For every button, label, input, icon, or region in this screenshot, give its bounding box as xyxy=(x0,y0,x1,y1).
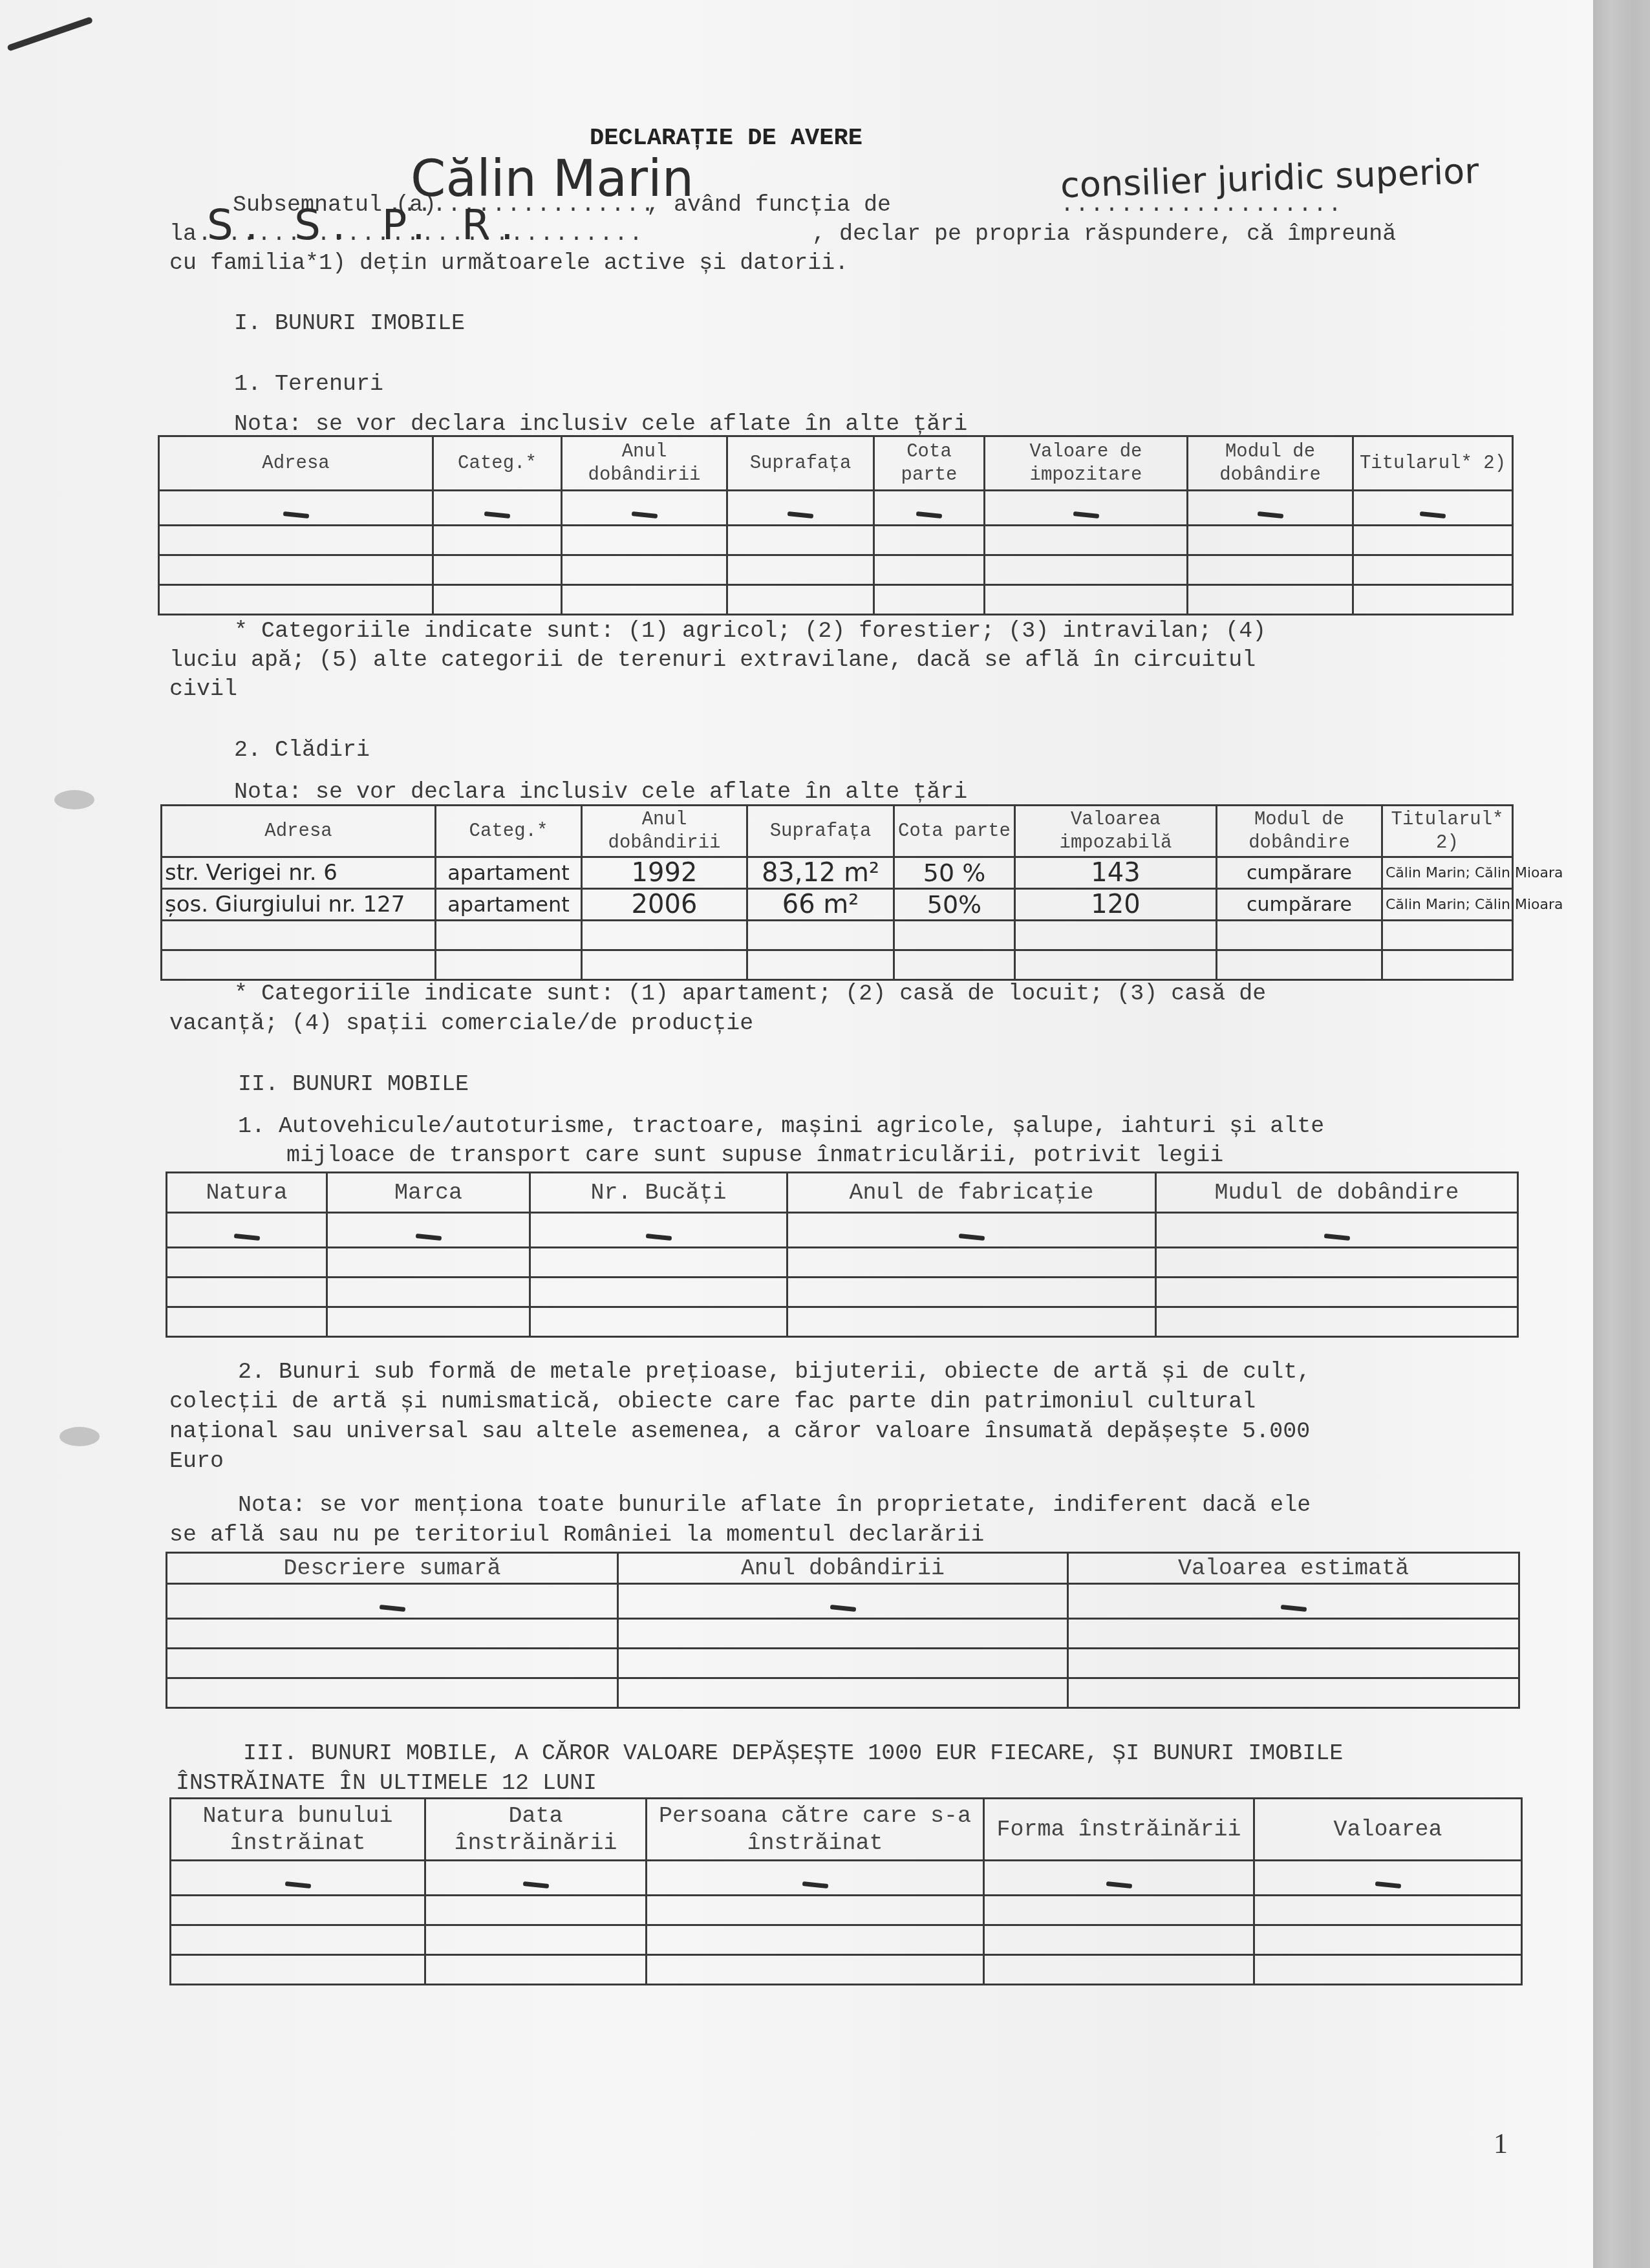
table-cell: 2006 xyxy=(582,889,747,921)
terenuri-header-row: AdresaCateg.*Anul dobândiriiSuprafațaCot… xyxy=(159,436,1513,491)
handwritten-dash xyxy=(1420,511,1446,519)
column-header: Titularul* 2) xyxy=(1353,436,1513,491)
table-cell xyxy=(984,1861,1254,1896)
column-header: Descriere sumară xyxy=(167,1553,618,1584)
table-cell xyxy=(985,526,1188,555)
handwritten-dash xyxy=(283,511,309,519)
pretioase-header-row: Descriere sumarăAnul dobândiriiValoarea … xyxy=(167,1553,1519,1584)
table-cell xyxy=(159,555,433,585)
table-cell: apartament xyxy=(436,889,582,921)
table-cell: cumpărare xyxy=(1217,857,1382,889)
instrainate-header-row: Natura bunului înstrăinatData înstrăinăr… xyxy=(171,1799,1522,1861)
table-cell xyxy=(530,1248,787,1278)
table-cell xyxy=(1382,950,1513,980)
column-header: Modul de dobândire xyxy=(1217,806,1382,857)
declar-text: , declar pe propria răspundere, că împre… xyxy=(812,220,1396,249)
table-cell xyxy=(530,1213,787,1248)
handwritten-dash xyxy=(1106,1881,1132,1888)
table-cell xyxy=(1156,1248,1518,1278)
table-row xyxy=(159,491,1513,526)
pretioase-note-1: Nota: se vor menționa toate bunurile afl… xyxy=(238,1491,1311,1520)
handwritten-dash xyxy=(1280,1605,1307,1612)
table-row xyxy=(167,1649,1519,1678)
table-cell xyxy=(162,950,436,980)
table-cell xyxy=(171,1896,425,1925)
table-cell xyxy=(727,491,874,526)
column-header: Forma înstrăinării xyxy=(984,1799,1254,1861)
table-cell xyxy=(1382,921,1513,950)
table-cell xyxy=(1254,1925,1522,1955)
table-cell xyxy=(647,1955,984,1985)
column-header: Persoana către care s-a înstrăinat xyxy=(647,1799,984,1861)
table-cell xyxy=(1353,555,1513,585)
column-header: Valoarea impozabilă xyxy=(1015,806,1217,857)
institution-name: S. S. P. R. xyxy=(207,202,525,250)
table-cell xyxy=(562,526,727,555)
table-cell xyxy=(327,1278,530,1307)
column-header: Marca xyxy=(327,1173,530,1213)
table-cell xyxy=(1217,921,1382,950)
table-cell xyxy=(1254,1955,1522,1985)
table-cell xyxy=(1188,555,1353,585)
table-row xyxy=(167,1248,1518,1278)
table-cell: 83,12 m² xyxy=(747,857,894,889)
table-cell xyxy=(787,1248,1156,1278)
table-cell: șos. Giurgiului nr. 127 xyxy=(162,889,436,921)
handwritten-dash xyxy=(522,1881,549,1888)
table-cell: Călin Marin; Călin Mioara xyxy=(1382,889,1513,921)
document-title: DECLARAȚIE DE AVERE xyxy=(590,124,862,153)
punch-hole xyxy=(59,1427,100,1446)
table-row xyxy=(162,921,1513,950)
column-header: Valoarea xyxy=(1254,1799,1522,1861)
table-cell xyxy=(327,1307,530,1337)
table-cell xyxy=(171,1955,425,1985)
column-header: Categ.* xyxy=(436,806,582,857)
table-cell xyxy=(167,1248,327,1278)
table-cell xyxy=(1188,585,1353,615)
table-cell xyxy=(1217,950,1382,980)
table-row xyxy=(171,1896,1522,1925)
column-header: Adresa xyxy=(159,436,433,491)
pretioase-heading-3: național sau universal sau altele asemen… xyxy=(169,1417,1310,1446)
table-cell xyxy=(167,1678,618,1708)
table-cell xyxy=(984,1955,1254,1985)
handwritten-dash xyxy=(787,511,814,519)
table-row xyxy=(171,1925,1522,1955)
table-cell xyxy=(167,1619,618,1649)
column-header: Valoarea estimată xyxy=(1068,1553,1519,1584)
terenuri-table: AdresaCateg.*Anul dobândiriiSuprafațaCot… xyxy=(158,435,1514,615)
table-cell xyxy=(433,491,562,526)
cladiri-footnote-2: vacanță; (4) spații comerciale/de produc… xyxy=(169,1009,753,1038)
table-row xyxy=(167,1678,1519,1708)
column-header: Adresa xyxy=(162,806,436,857)
instrainate-table: Natura bunului înstrăinatData înstrăinăr… xyxy=(169,1797,1523,1985)
handwritten-dash xyxy=(284,1881,311,1888)
table-cell xyxy=(433,555,562,585)
table-row xyxy=(167,1213,1518,1248)
table-cell xyxy=(874,585,985,615)
table-cell xyxy=(582,921,747,950)
table-cell xyxy=(562,555,727,585)
vehicule-heading-2: mijloace de transport care sunt supuse î… xyxy=(286,1141,1223,1170)
table-cell xyxy=(436,950,582,980)
table-cell xyxy=(894,921,1015,950)
table-row xyxy=(167,1278,1518,1307)
table-cell xyxy=(787,1213,1156,1248)
table-cell xyxy=(425,1896,647,1925)
table-cell xyxy=(562,585,727,615)
table-row xyxy=(167,1307,1518,1337)
table-cell xyxy=(985,585,1188,615)
table-cell xyxy=(162,921,436,950)
column-header: Natura bunului înstrăinat xyxy=(171,1799,425,1861)
cladiri-table: AdresaCateg.*Anul dobândiriiSuprafațaCot… xyxy=(160,804,1514,981)
handwritten-dash xyxy=(1073,511,1099,519)
table-cell xyxy=(647,1896,984,1925)
table-cell xyxy=(425,1925,647,1955)
cladiri-footnote-1: * Categoriile indicate sunt: (1) apartam… xyxy=(234,979,1266,1009)
table-cell: 143 xyxy=(1015,857,1217,889)
table-cell xyxy=(433,526,562,555)
column-header: Data înstrăinării xyxy=(425,1799,647,1861)
section-i-heading: I. BUNURI IMOBILE xyxy=(234,309,465,338)
column-header: Valoare de impozitare xyxy=(985,436,1188,491)
table-cell xyxy=(1353,526,1513,555)
table-cell: 120 xyxy=(1015,889,1217,921)
table-cell xyxy=(159,491,433,526)
handwritten-dash xyxy=(1323,1234,1350,1241)
table-row xyxy=(171,1861,1522,1896)
table-cell xyxy=(618,1584,1068,1619)
table-cell xyxy=(618,1678,1068,1708)
table-cell xyxy=(1188,526,1353,555)
handwritten-dash xyxy=(415,1234,442,1241)
table-cell: 66 m² xyxy=(747,889,894,921)
table-cell xyxy=(894,950,1015,980)
table-row xyxy=(167,1619,1519,1649)
table-row xyxy=(171,1955,1522,1985)
table-cell xyxy=(433,585,562,615)
column-header: Nr. Bucăți xyxy=(530,1173,787,1213)
table-row xyxy=(159,585,1513,615)
handwritten-dash xyxy=(830,1605,856,1612)
table-cell xyxy=(647,1925,984,1955)
handwritten-dash xyxy=(916,511,943,519)
handwritten-dash xyxy=(1375,1881,1401,1888)
column-header: Anul dobândirii xyxy=(582,806,747,857)
column-header: Categ.* xyxy=(433,436,562,491)
table-cell xyxy=(1188,491,1353,526)
table-cell: 50% xyxy=(894,889,1015,921)
table-cell xyxy=(530,1307,787,1337)
table-cell xyxy=(562,491,727,526)
handwritten-dash xyxy=(1257,511,1283,519)
table-cell xyxy=(1353,585,1513,615)
column-header: Anul de fabricație xyxy=(787,1173,1156,1213)
cladiri-note: Nota: se vor declara inclusiv cele aflat… xyxy=(234,778,967,807)
table-row: șos. Giurgiului nr. 127apartament200666 … xyxy=(162,889,1513,921)
table-cell xyxy=(985,491,1188,526)
column-header: Suprafața xyxy=(747,806,894,857)
table-cell: apartament xyxy=(436,857,582,889)
column-header: Anul dobândirii xyxy=(562,436,727,491)
vehicule-heading-1: 1. Autovehicule/autoturisme, tractoare, … xyxy=(238,1112,1324,1141)
table-cell xyxy=(727,526,874,555)
table-cell xyxy=(1254,1861,1522,1896)
handwritten-dash xyxy=(379,1605,405,1612)
table-cell xyxy=(874,526,985,555)
handwritten-dash xyxy=(802,1881,828,1888)
table-row xyxy=(159,555,1513,585)
table-cell xyxy=(171,1861,425,1896)
table-cell xyxy=(747,921,894,950)
table-cell xyxy=(747,950,894,980)
cladiri-heading: 2. Clădiri xyxy=(234,736,370,765)
column-header: Natura xyxy=(167,1173,327,1213)
table-cell xyxy=(1015,950,1217,980)
table-cell xyxy=(530,1278,787,1307)
table-cell: cumpărare xyxy=(1217,889,1382,921)
table-cell xyxy=(167,1278,327,1307)
page-number: 1 xyxy=(1494,2127,1508,2160)
column-header: Mudul de dobândire xyxy=(1156,1173,1518,1213)
table-cell xyxy=(582,950,747,980)
table-cell xyxy=(874,491,985,526)
handwritten-dash xyxy=(958,1234,985,1241)
punch-hole xyxy=(54,790,94,809)
table-cell xyxy=(1156,1213,1518,1248)
table-cell: str. Verigei nr. 6 xyxy=(162,857,436,889)
table-cell xyxy=(1156,1307,1518,1337)
table-cell xyxy=(1353,491,1513,526)
column-header: Anul dobândirii xyxy=(618,1553,1068,1584)
table-cell xyxy=(618,1649,1068,1678)
table-cell xyxy=(1015,921,1217,950)
table-cell xyxy=(1254,1896,1522,1925)
pretioase-note-2: se află sau nu pe teritoriul României la… xyxy=(169,1521,984,1550)
table-cell xyxy=(167,1584,618,1619)
table-cell xyxy=(727,555,874,585)
table-cell: Călin Marin; Călin Mioara xyxy=(1382,857,1513,889)
table-cell xyxy=(171,1925,425,1955)
scanner-background-edge xyxy=(1593,0,1650,2268)
vehicule-header-row: NaturaMarcaNr. BucățiAnul de fabricațieM… xyxy=(167,1173,1518,1213)
terenuri-footnote-3: civil xyxy=(169,675,237,704)
table-cell xyxy=(1068,1619,1519,1649)
table-row xyxy=(159,526,1513,555)
table-row xyxy=(162,950,1513,980)
terenuri-heading: 1. Terenuri xyxy=(234,370,383,399)
column-header: Modul de dobândire xyxy=(1188,436,1353,491)
table-cell: 1992 xyxy=(582,857,747,889)
table-cell xyxy=(1068,1584,1519,1619)
table-cell xyxy=(984,1925,1254,1955)
column-header: Suprafața xyxy=(727,436,874,491)
table-cell xyxy=(327,1248,530,1278)
handwritten-dash xyxy=(631,511,658,519)
pretioase-heading-4: Euro xyxy=(169,1447,224,1476)
table-cell xyxy=(787,1278,1156,1307)
vehicule-table: NaturaMarcaNr. BucățiAnul de fabricațieM… xyxy=(166,1171,1519,1338)
table-cell: 50 % xyxy=(894,857,1015,889)
table-cell xyxy=(425,1861,647,1896)
table-cell xyxy=(159,585,433,615)
section-iii-heading-2: ÎNSTRĂINATE ÎN ULTIMELE 12 LUNI xyxy=(176,1769,597,1798)
section-ii-heading: II. BUNURI MOBILE xyxy=(238,1070,469,1099)
function-label: , având funcția de xyxy=(647,191,891,220)
table-cell xyxy=(874,555,985,585)
table-cell xyxy=(984,1896,1254,1925)
cladiri-header-row: AdresaCateg.*Anul dobândiriiSuprafațaCot… xyxy=(162,806,1513,857)
table-row: str. Verigei nr. 6apartament199283,12 m²… xyxy=(162,857,1513,889)
table-cell xyxy=(727,585,874,615)
section-iii-heading-1: III. BUNURI MOBILE, A CĂROR VALOARE DEPĂ… xyxy=(243,1739,1343,1768)
table-cell xyxy=(436,921,582,950)
table-cell xyxy=(618,1619,1068,1649)
table-cell xyxy=(425,1955,647,1985)
bunuri-pretioase-table: Descriere sumarăAnul dobândiriiValoarea … xyxy=(166,1552,1520,1709)
terenuri-footnote-1: * Categoriile indicate sunt: (1) agricol… xyxy=(234,617,1266,646)
table-cell xyxy=(1068,1678,1519,1708)
handwritten-dash xyxy=(233,1234,260,1241)
table-cell xyxy=(167,1213,327,1248)
table-row xyxy=(167,1584,1519,1619)
table-cell xyxy=(787,1307,1156,1337)
table-cell xyxy=(647,1861,984,1896)
column-header: Cota parte xyxy=(874,436,985,491)
table-cell xyxy=(167,1649,618,1678)
pretioase-heading-2: colecții de artă și numismatică, obiecte… xyxy=(169,1387,1256,1417)
la-label: la xyxy=(169,220,197,249)
table-cell xyxy=(1068,1649,1519,1678)
pretioase-heading-1: 2. Bunuri sub formă de metale prețioase,… xyxy=(238,1358,1311,1387)
table-cell xyxy=(985,555,1188,585)
table-cell xyxy=(1156,1278,1518,1307)
family-text: cu familia*1) dețin următoarele active ș… xyxy=(169,249,848,278)
table-cell xyxy=(167,1307,327,1337)
table-cell xyxy=(159,526,433,555)
column-header: Cota parte xyxy=(894,806,1015,857)
column-header: Titularul* 2) xyxy=(1382,806,1513,857)
terenuri-footnote-2: luciu apă; (5) alte categorii de terenur… xyxy=(169,646,1256,675)
handwritten-dash xyxy=(484,511,511,519)
table-cell xyxy=(327,1213,530,1248)
handwritten-dash xyxy=(645,1234,672,1241)
